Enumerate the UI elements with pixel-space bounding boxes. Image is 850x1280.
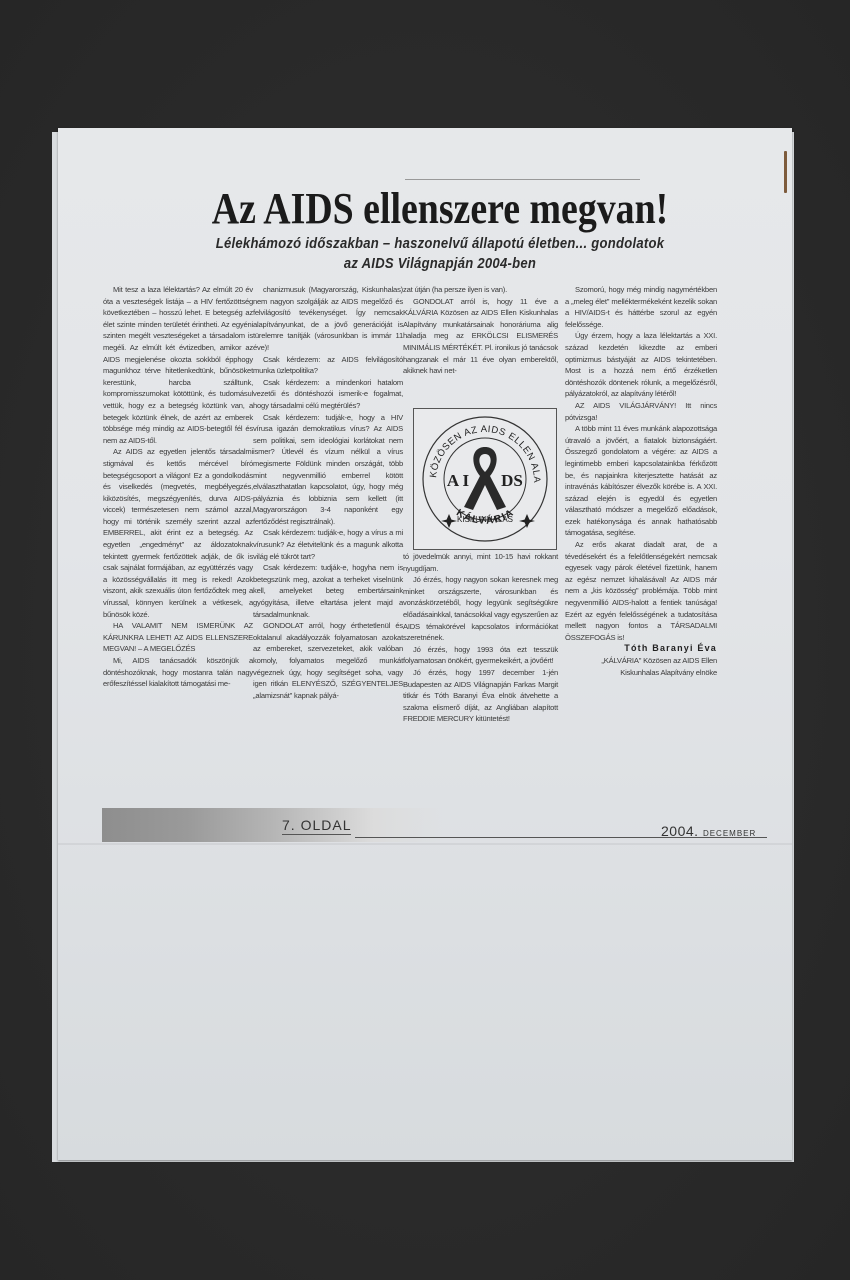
logo-city: KISKUNHALAS bbox=[457, 515, 513, 524]
article-subtitle: Lélekhámozó időszakban – haszonelvű álla… bbox=[134, 234, 746, 274]
footer-issue-date: 2004. DECEMBER bbox=[661, 823, 756, 839]
paragraph: Jó érzés, hogy 1993 óta ezt tesszük foly… bbox=[403, 644, 558, 667]
logo-left-letters: A I bbox=[447, 471, 470, 490]
author-role-line-2: Kiskunhalas Alapítvány elnöke bbox=[565, 667, 717, 679]
foundation-logo: KÖZÖSEN AZ AIDS ELLEN ALAPÍTVÁNY KÁLVÁRI… bbox=[413, 408, 557, 550]
paragraph: GONDOLAT arról is, hogy 11 éve a KÁLVÁRI… bbox=[403, 296, 558, 377]
paragraph: Mi, AIDS tanácsadók köszönjük a döntésho… bbox=[103, 655, 253, 690]
paragraph: Az AIDS az egyetlen jelentős társadalmi … bbox=[103, 446, 253, 620]
article-column-3-bottom: tó jövedelmük annyi, mint 10-15 havi rok… bbox=[403, 551, 558, 725]
article-column-2: chanizmusuk (Magyarország, Kiskunhalas) … bbox=[253, 284, 403, 701]
subtitle-line-1: Lélekhámozó időszakban – haszonelvű álla… bbox=[134, 234, 746, 254]
paragraph: Csak kérdezem: tudják-e, hogyha nem is b… bbox=[253, 562, 403, 620]
article-column-1: Mit tesz a laza lélektartás? Az elmúlt 2… bbox=[103, 284, 253, 690]
paragraph: GONDOLAT arról, hogy érthetetlenül és ok… bbox=[253, 620, 403, 701]
paragraph: Csak kérdezem: tudják-e, hogy a vírus a … bbox=[253, 527, 403, 562]
paragraph: Úgy érzem, hogy a laza lélektartás a XXI… bbox=[565, 330, 717, 400]
page-fold-line bbox=[58, 843, 792, 845]
staple-icon bbox=[784, 151, 787, 193]
article-title: Az AIDS ellenszere megvan! bbox=[148, 186, 733, 232]
paragraph: Csak kérdezem: az AIDS felvilágosító mun… bbox=[253, 354, 403, 377]
subtitle-line-2: az AIDS Világnapján 2004-ben bbox=[134, 254, 746, 274]
paragraph: Jó érzés, hogy 1997 december 1-jén Budap… bbox=[403, 667, 558, 725]
footer-month: DECEMBER bbox=[703, 829, 756, 838]
star-icon bbox=[519, 514, 535, 528]
footer-year: 2004. bbox=[661, 823, 699, 839]
paragraph: tó jövedelmük annyi, mint 10-15 havi rok… bbox=[403, 551, 558, 574]
article-column-3-top: zat útján (ha persze ilyen is van). GOND… bbox=[403, 284, 558, 377]
paragraph: Csak kérdezem: a mindenkori hatalom veze… bbox=[253, 377, 403, 412]
author-role-line-1: „KÁLVÁRIA" Közösen az AIDS Ellen bbox=[565, 655, 717, 667]
paragraph: HA VALAMIT NEM ISMERÜNK AZ KÁRUNKRA LEHE… bbox=[103, 620, 253, 655]
paragraph: A több mint 11 éves munkánk alapozottság… bbox=[565, 423, 717, 539]
paragraph: Az erős akarat diadalt arat, de a tévedé… bbox=[565, 539, 717, 643]
paragraph: zat útján (ha persze ilyen is van). bbox=[403, 284, 558, 296]
footer-page-number: 7. OLDAL bbox=[282, 817, 351, 835]
paragraph: chanizmusuk (Magyarország, Kiskunhalas) … bbox=[253, 284, 403, 354]
aids-ribbon-logo-icon: KÖZÖSEN AZ AIDS ELLEN ALAPÍTVÁNY KÁLVÁRI… bbox=[414, 409, 556, 549]
paragraph: Csak kérdezem: tudják-e, hogy a HIV víru… bbox=[253, 412, 403, 528]
paragraph: Szomorú, hogy még mindig nagymértékben a… bbox=[565, 284, 717, 330]
logo-right-letters: DS bbox=[501, 471, 523, 490]
top-rule-divider bbox=[405, 179, 640, 180]
paragraph: AZ AIDS VILÁGJÁRVÁNY! Itt nincs pótvizsg… bbox=[565, 400, 717, 423]
article-column-4: Szomorú, hogy még mindig nagymértékben a… bbox=[565, 284, 717, 678]
author-name: Tóth Baranyi Éva bbox=[565, 643, 717, 655]
paragraph: Jó érzés, hogy nagyon sokan keresnek meg… bbox=[403, 574, 558, 644]
paragraph: Mit tesz a laza lélektartás? Az elmúlt 2… bbox=[103, 284, 253, 446]
